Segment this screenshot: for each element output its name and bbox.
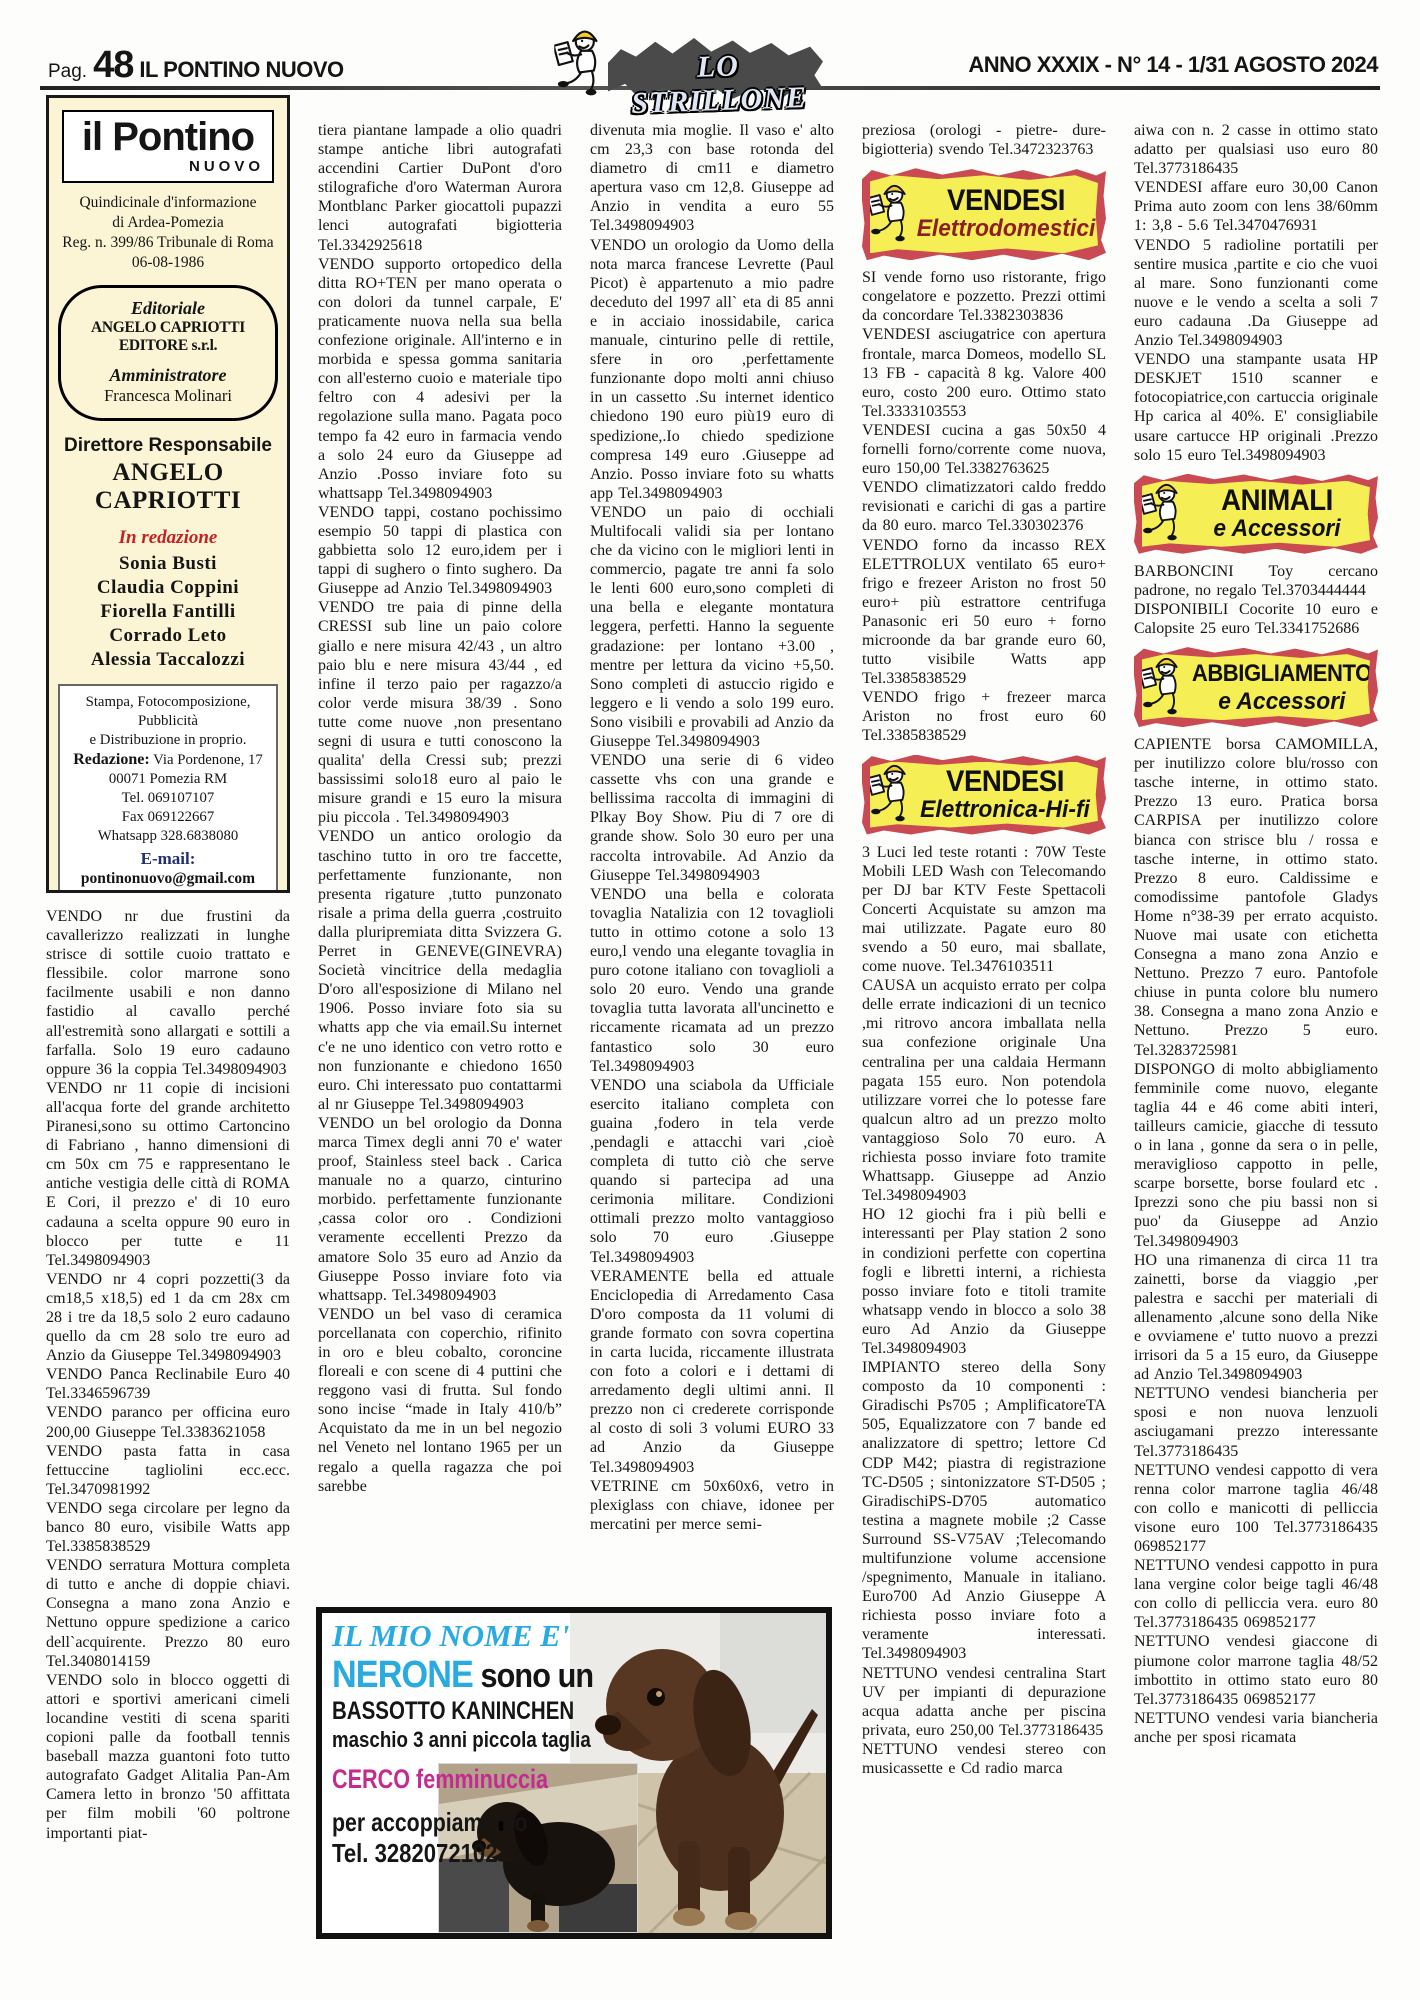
classified-ad: VENDO climatizzatori caldo freddo revisi… xyxy=(862,478,1106,535)
director-name: ANGELO CAPRIOTTI xyxy=(58,459,278,515)
newspaper-page: Pag. 48 IL PONTINO NUOVO LO STRILLONE AN… xyxy=(0,0,1420,2000)
classified-ad: VETRINE cm 50x60x6, vetro in plexiglass … xyxy=(590,1477,834,1534)
masthead-line: 06-08-1986 xyxy=(58,253,278,273)
masthead-line: Reg. n. 399/86 Tribunale di Roma xyxy=(58,233,278,253)
page-label: Pag. xyxy=(48,61,87,83)
classified-ad: 3 Luci led teste rotanti : 70W Teste Mob… xyxy=(862,843,1106,977)
nerone-line-1: IL MIO NOME E' xyxy=(332,1619,570,1653)
redazione-names: Sonia Busti Claudia Coppini Fiorella Fan… xyxy=(58,552,278,672)
classified-ad: NETTUNO vendesi cappotto di vera renna c… xyxy=(1134,1461,1378,1556)
director-label: Direttore Responsabile xyxy=(58,435,278,457)
paper-name: IL PONTINO NUOVO xyxy=(139,57,343,83)
phone-line: Tel. 069107107 xyxy=(62,789,274,808)
classified-ad: VENDO un bel orologio da Donna marca Tim… xyxy=(318,1114,562,1305)
banner-subtitle: e Accessori xyxy=(1189,689,1375,715)
classified-ad: VENDO paranco per officina euro 200,00 G… xyxy=(46,1403,290,1441)
newsboy-icon xyxy=(868,182,918,247)
nerone-ad-text: IL MIO NOME E' NERONE sono un BASSOTTO K… xyxy=(332,1619,570,1869)
masthead-registration: Quindicinale d'informazione di Ardea-Pom… xyxy=(58,193,278,273)
classified-ad: VENDO nr due frustini da cavallerizzo re… xyxy=(46,907,290,1079)
page-header-left: Pag. 48 IL PONTINO NUOVO xyxy=(48,44,344,87)
classified-ad: VENDO solo in blocco oggetti di attori e… xyxy=(46,1671,290,1843)
column-4: preziosa (orologi - pietre- dure- bigiot… xyxy=(862,121,1106,1993)
redazione-address: Redazione: Via Pordenone, 17 xyxy=(62,750,274,770)
staff-name: Fiorella Fantilli xyxy=(58,600,278,624)
whatsapp-line: Whatsapp 328.6838080 xyxy=(62,827,274,846)
classified-ad: NETTUNO vendesi centralina Start UV per … xyxy=(862,1664,1106,1740)
nerone-description: maschio 3 anni piccola taglia xyxy=(332,1726,534,1753)
classified-ad: VERAMENTE bella ed attuale Enciclopedia … xyxy=(590,1267,834,1477)
logo-text: LO STRILLONE xyxy=(615,46,822,121)
print-info: e Distribuzione in proprio. xyxy=(62,731,274,750)
classified-ad: BARBONCINI Toy cercano padrone, no regal… xyxy=(1134,562,1378,600)
page-number: 48 xyxy=(93,44,133,87)
staff-name: Sonia Busti xyxy=(58,552,278,576)
classified-ad: VENDO tre paia di pinne della CRESSI sub… xyxy=(318,598,562,827)
print-info: Stampa, Fotocomposizione, Pubblicità xyxy=(62,693,274,731)
banner-title: ANIMALI xyxy=(1191,486,1362,516)
classified-ad: VENDO nr 4 copri pozzetti(3 da cm18,5 x1… xyxy=(46,1270,290,1365)
editorial-box: Editoriale ANGELO CAPRIOTTI EDITORE s.r.… xyxy=(58,285,278,421)
classified-ad: VENDO un paio di occhiali Multifocali va… xyxy=(590,503,834,751)
classified-ad: VENDO frigo + frezeer marca Ariston no f… xyxy=(862,688,1106,745)
banner-vendesi-elettrodomestici: VENDESI Elettrodomestici xyxy=(862,168,1106,260)
banner-title: VENDESI xyxy=(920,186,1093,216)
classified-ad: VENDO una stampante usata HP DESKJET 151… xyxy=(1134,350,1378,465)
classified-ad: SI vende forno uso ristorante, frigo con… xyxy=(862,268,1106,325)
banner-title: ABBIGLIAMENTO xyxy=(1192,659,1372,689)
classified-ad: VENDESI cucina a gas 50x50 4 fornelli fo… xyxy=(862,421,1106,478)
admin-label: Amministratore xyxy=(65,365,271,386)
classified-ad: VENDO un bel vaso di ceramica porcellana… xyxy=(318,1305,562,1496)
classified-ad: NETTUNO vendesi stereo con musicassette … xyxy=(862,1740,1106,1778)
redazione-address-label: Redazione: xyxy=(73,751,149,768)
redazione-label: In redazione xyxy=(58,527,278,549)
staff-name: Claudia Coppini xyxy=(58,576,278,600)
classified-ad: VENDO una sciabola da Ufficiale esercito… xyxy=(590,1076,834,1267)
banner-vendesi-elettronica-hifi: VENDESI Elettronica-Hi-fi xyxy=(862,755,1106,835)
masthead-title-box: il Pontino NUOVO xyxy=(62,110,274,183)
banner-subtitle: e Accessori xyxy=(1189,516,1366,542)
contact-box: Stampa, Fotocomposizione, Pubblicità e D… xyxy=(58,684,278,893)
classified-ad: DISPONIBILI Cocorite 10 euro e Calopsite… xyxy=(1134,600,1378,638)
nerone-dog-ad: IL MIO NOME E' NERONE sono un BASSOTTO K… xyxy=(316,1607,832,1939)
editorial-name: ANGELO CAPRIOTTI EDITORE s.r.l. xyxy=(65,319,271,355)
website-line: SITO WEB: www.ilpontino.it xyxy=(62,891,274,893)
nerone-purpose: per accoppiamento xyxy=(332,1807,527,1837)
fax-line: Fax 069122667 xyxy=(62,808,274,827)
nerone-line-2: NERONE sono un xyxy=(332,1657,546,1694)
classified-ad: VENDO serratura Mottura completa di tutt… xyxy=(46,1556,290,1671)
classified-ad: HO 12 giochi fra i più belli e interessa… xyxy=(862,1205,1106,1358)
masthead-title: il Pontino xyxy=(70,116,266,158)
classified-ad: preziosa (orologi - pietre- dure- bigiot… xyxy=(862,121,1106,159)
column-5: aiwa con n. 2 casse in ottimo stato adat… xyxy=(1134,121,1378,1993)
editorial-label: Editoriale xyxy=(65,298,271,319)
admin-name: Francesca Molinari xyxy=(65,386,271,406)
classified-ad: NETTUNO vendesi giaccone di piumone colo… xyxy=(1134,1632,1378,1708)
banner-body: VENDESI Elettrodomestici xyxy=(870,175,1098,253)
classified-ad: VENDO 5 radioline portatili per sentire … xyxy=(1134,236,1378,351)
issue-info: ANNO XXXIX - N° 14 - 1/31 AGOSTO 2024 xyxy=(968,52,1378,78)
classified-ad: tiera piantane lampade a olio quadri sta… xyxy=(318,121,562,255)
classified-ad: VENDO pasta fatta in casa fettuccine tag… xyxy=(46,1442,290,1499)
classified-ad: VENDO un orologio da Uomo della nota mar… xyxy=(590,236,834,503)
classified-ad: IMPIANTO stereo della Sony composto da 1… xyxy=(862,1358,1106,1664)
masthead-box: il Pontino NUOVO Quindicinale d'informaz… xyxy=(46,95,290,893)
classified-ad: NETTUNO vendesi biancheria per sposi e n… xyxy=(1134,1384,1378,1460)
masthead-subtitle: NUOVO xyxy=(70,158,264,175)
nerone-breed: BASSOTTO KANINCHEN xyxy=(332,1696,527,1726)
classified-ad: VENDO supporto ortopedico della ditta RO… xyxy=(318,255,562,503)
classified-ad: VENDO tappi, costano pochissimo esempio … xyxy=(318,503,562,598)
email-line: E-mail: pontinonuovo@gmail.com xyxy=(62,849,274,888)
classified-ad: VENDESI affare euro 30,00 Canon Prima au… xyxy=(1134,178,1378,235)
staff-name: Alessia Taccalozzi xyxy=(58,648,278,672)
classified-ad: divenuta mia moglie. Il vaso e' alto cm … xyxy=(590,121,834,236)
classified-ad: VENDO sega circolare per legno da banco … xyxy=(46,1499,290,1556)
classified-ad: VENDO nr 11 copie di incisioni all'acqua… xyxy=(46,1079,290,1270)
classified-ad: HO una rimanenza di circa 11 tra zainett… xyxy=(1134,1251,1378,1385)
classified-ad: CAPIENTE borsa CAMOMILLA, per inutilizzo… xyxy=(1134,735,1378,1060)
banner-body: ABBIGLIAMENTO e Accessori xyxy=(1142,654,1370,720)
banner-subtitle: Elettronica-Hi-fi xyxy=(917,797,1094,823)
classified-ad: DISPONGO di molto abbigliamento femminil… xyxy=(1134,1060,1378,1251)
classified-ad: VENDO una bella e colorata tovaglia Nata… xyxy=(590,885,834,1076)
classified-ad: aiwa con n. 2 casse in ottimo stato adat… xyxy=(1134,121,1378,178)
banner-body: VENDESI Elettronica-Hi-fi xyxy=(870,762,1098,828)
nerone-seeking: CERCO femminuccia xyxy=(332,1763,522,1795)
newsboy-icon xyxy=(1140,655,1190,720)
classified-ad: CAUSA un acquisto errato per colpa delle… xyxy=(862,976,1106,1205)
classified-ad: VENDO forno da incasso REX ELETTROLUX ve… xyxy=(862,536,1106,689)
column-1: il Pontino NUOVO Quindicinale d'informaz… xyxy=(46,95,290,1993)
redazione-address-value: Via Pordenone, 17 xyxy=(150,752,263,768)
classified-ad: VENDESI asciugatrice con apertura fronta… xyxy=(862,325,1106,420)
newsboy-icon xyxy=(868,762,918,827)
newsboy-icon xyxy=(1140,481,1190,546)
newsboy-icon xyxy=(554,27,612,102)
staff-name: Corrado Leto xyxy=(58,624,278,648)
banner-body: ANIMALI e Accessori xyxy=(1142,481,1370,547)
banner-title: VENDESI xyxy=(919,767,1090,797)
classified-ad: VENDO una serie di 6 video cassette vhs … xyxy=(590,751,834,885)
email-label: E-mail: xyxy=(141,849,196,868)
classified-ad: NETTUNO vendesi varia biancheria anche p… xyxy=(1134,1709,1378,1747)
masthead-line: Quindicinale d'informazione xyxy=(58,193,278,213)
banner-abbigliamento-accessori: ABBIGLIAMENTO e Accessori xyxy=(1134,647,1378,727)
masthead-line: di Ardea-Pomezia xyxy=(58,213,278,233)
classified-ad: VENDO un antico orologio da taschino tut… xyxy=(318,827,562,1113)
banner-subtitle: Elettrodomestici xyxy=(917,216,1096,242)
lo-strillone-logo: LO STRILLONE xyxy=(560,30,830,110)
banner-animali-accessori: ANIMALI e Accessori xyxy=(1134,474,1378,554)
dog-name: NERONE xyxy=(332,1654,473,1696)
classified-ad: NETTUNO vendesi cappotto in pura lana ve… xyxy=(1134,1556,1378,1632)
nerone-phone: Tel. 3282072102 xyxy=(332,1837,534,1869)
nerone-line-2-rest: sono un xyxy=(473,1657,593,1695)
classified-ad: VENDO Panca Reclinabile Euro 40 Tel.3346… xyxy=(46,1365,290,1403)
email-value: pontinonuovo@gmail.com xyxy=(81,870,255,887)
postal-address: 00071 Pomezia RM xyxy=(62,770,274,789)
